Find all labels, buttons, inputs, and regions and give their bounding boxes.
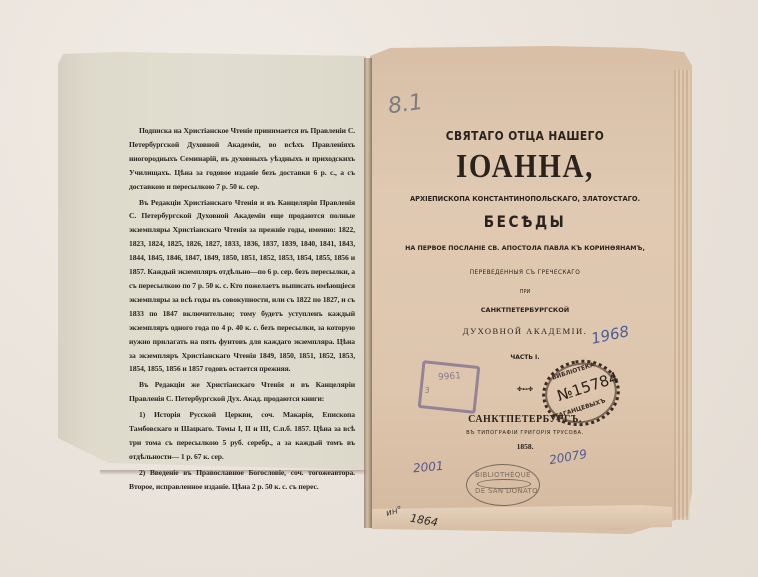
books-intro-paragraph: Въ Редакціи же Христіанскаго Чтенія и въ…	[129, 378, 355, 406]
title-line-at: ПРИ	[390, 289, 660, 295]
book-1-paragraph: 1) Исторія Русской Церкви, соч. Макарія,…	[129, 408, 355, 464]
back-issues-paragraph: Въ Редакціи Христіанскаго Чтенія и въ Ка…	[129, 196, 355, 377]
square-stamp-number: 9961	[438, 371, 462, 383]
bibliotheque-stamp: BIBLIOTHÈQUE DE SAN DONATO	[466, 464, 540, 506]
imprint-city: САНКТПЕТЕРБУРГЪ.	[390, 414, 660, 425]
square-stamp: 9961 3	[418, 360, 481, 414]
imprint-year: 1858.	[390, 442, 660, 451]
title-line-archbishop: АРХІЕПИСКОПА КОНСТАНТИНОПОЛЬСКАГО, ЗЛАТО…	[397, 195, 654, 203]
book-2-paragraph: 2) Введеніе въ Православное Богословіе, …	[129, 466, 355, 494]
bibliotheque-stamp-bottom: DE SAN DONATO	[475, 487, 538, 495]
shelf-mark-annotation: 8.1	[386, 90, 424, 120]
title-line-translated: ПЕРЕВЕДЕННЫЯ СЪ ГРЕЧЕСКАГО	[390, 270, 660, 276]
subscription-paragraph: Подписка на Христіанское Чтеніе принимае…	[129, 124, 355, 194]
page-edges	[674, 70, 690, 520]
annotation-2001: 2001	[412, 459, 444, 476]
left-page-text: Подписка на Христіанское Чтеніе принимае…	[129, 124, 355, 496]
title-line-epistle: НА ПЕРВОЕ ПОСЛАНІЕ СВ. АПОСТОЛА ПАВЛА КЪ…	[390, 245, 660, 252]
square-stamp-sub: 3	[424, 385, 430, 394]
bibliotheque-stamp-top: BIBLIOTHÈQUE	[475, 471, 531, 479]
title-line-ioann: ІОАННА,	[410, 148, 640, 186]
imprint-printer: ВЪ ТИПОГРАФІИ ГРИГОРІЯ ТРУСОВА.	[390, 430, 660, 436]
title-line-spb: САНКТПЕТЕРБУРГСКОЙ	[390, 306, 660, 314]
title-line-homilies: БЕСѢДЫ	[410, 212, 640, 231]
title-line-saint: СВЯТАГО ОТЦА НАШЕГО	[410, 128, 640, 143]
book-spine	[364, 58, 372, 528]
